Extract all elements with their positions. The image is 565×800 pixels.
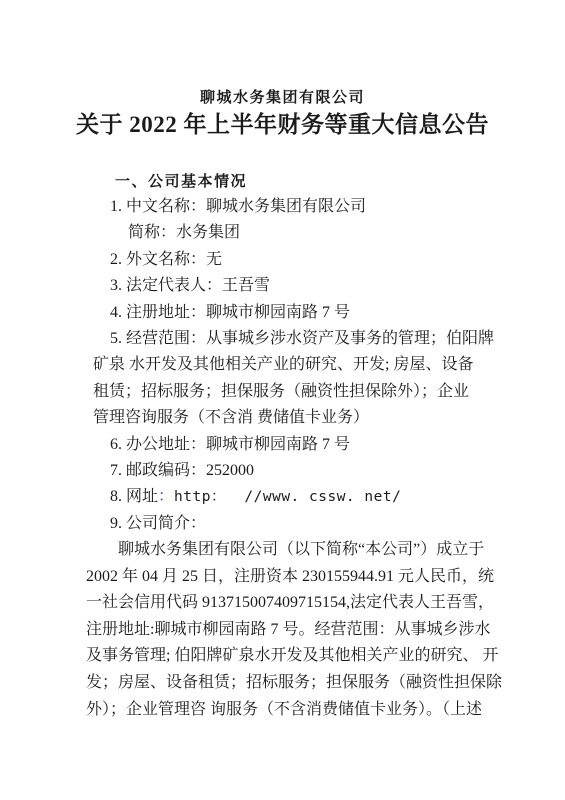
website-colon: ： [158, 488, 174, 505]
item-registered-address: 4. 注册地址：聊城市柳园南路 7 号 [93, 300, 493, 326]
intro-paragraph-line-5: 及事务管理; 伯阳牌矿泉水开发及其他相关产业的研究、 开 [86, 643, 490, 670]
intro-paragraph-line-4: 注册地址:聊城市柳园南路 7 号。经营范围：从事城乡涉水 [86, 617, 490, 644]
section-heading-basic-info: 一、公司基本情况 [115, 170, 247, 191]
item-chinese-name: 1. 中文名称：聊城水务集团有限公司 [93, 194, 493, 220]
item-office-address: 6. 办公地址：聊城市柳园南路 7 号 [93, 432, 493, 458]
website-url: http： //www. cssw. net/ [174, 489, 401, 505]
item-business-scope-line-3: 租赁；招标服务；担保服务（融资性担保除外）；企业 [93, 379, 493, 405]
intro-paragraph-line-3: 一社会信用代码 913715007409715154,法定代表人王吾雪， [86, 590, 490, 617]
website-label: 8. 网址 [110, 488, 158, 505]
item-postal-code: 7. 邮政编码：252000 [93, 458, 493, 484]
intro-paragraph-line-7: 外）；企业管理咨 询服务（不含消费储值卡业务）。（上述 [86, 697, 490, 724]
intro-paragraph-line-6: 发；房屋、设备租赁；招标服务；担保服务（融资性担保除 [86, 670, 490, 697]
intro-paragraph-line-2: 2002 年 04 月 25 日，注册资本 230155944.91 元人民币，… [86, 564, 490, 591]
intro-paragraph-line-1: 聊城水务集团有限公司（以下简称“本公司”）成立于 [86, 537, 490, 564]
document-title: 关于 2022 年上半年财务等重大信息公告 [0, 106, 565, 139]
item-business-scope-line-2: 矿泉 水开发及其他相关产业的研究、开发; 房屋、设备 [93, 352, 493, 378]
company-intro-paragraph: 聊城水务集团有限公司（以下简称“本公司”）成立于 2002 年 04 月 25 … [86, 537, 490, 723]
item-short-name: 简称：水务集团 [93, 220, 493, 246]
basic-info-list: 1. 中文名称：聊城水务集团有限公司 简称：水务集团 2. 外文名称：无 3. … [93, 194, 493, 537]
item-website: 8. 网址：http： //www. cssw. net/ [93, 484, 493, 510]
item-company-profile-label: 9. 公司简介： [93, 511, 493, 537]
company-name-header: 聊城水务集团有限公司 [0, 86, 565, 107]
item-business-scope-line-4: 管理咨询服务（不含消 费储值卡业务） [93, 405, 493, 431]
item-legal-representative: 3. 法定代表人：王吾雪 [93, 273, 493, 299]
item-business-scope-line-1: 5. 经营范围：从事城乡涉水资产及事务的管理；伯阳牌 [93, 326, 493, 352]
document-page: 聊城水务集团有限公司 关于 2022 年上半年财务等重大信息公告 一、公司基本情… [0, 0, 565, 800]
item-foreign-name: 2. 外文名称：无 [93, 247, 493, 273]
